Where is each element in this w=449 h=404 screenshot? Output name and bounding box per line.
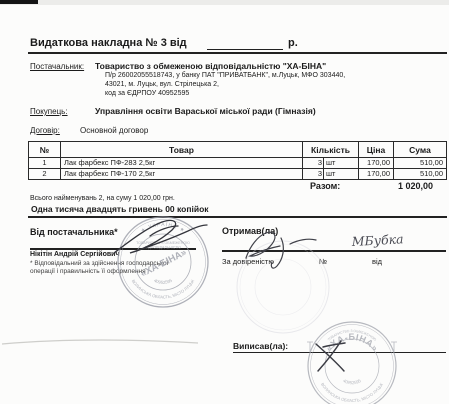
col-header-num: № [29,142,61,158]
document-title: Видаткова накладна № 3 від [30,37,187,49]
receiver-handwritten-name: МБубка [350,231,404,249]
summary-rule [28,216,447,218]
contract-label: Договір: [30,126,60,135]
stamp-region-arc: ВОЛИНСЬКА ОБЛАСТЬ, МІСТО ЛУЦЬК [320,381,384,403]
row-num: 1 [29,158,61,169]
row-unit: шт [324,169,359,180]
col-header-qty: Кількість [303,142,359,158]
row-sum: 510,00 [394,169,447,180]
svg-text:★ УКРАЇНА ★: ★ УКРАЇНА ★ [140,221,186,234]
row-product: Лак фарбекс ПФ-283 2,5кг [61,158,303,169]
svg-text:ВОЛИНСЬКА ОБЛАСТЬ, МІСТО ЛУЦЬК: ВОЛИНСЬКА ОБЛАСТЬ, МІСТО ЛУЦЬК [320,381,384,403]
footnote-line-1: * Відповідальний за здійснення господарс… [30,260,168,267]
issued-stamp-scrawl [316,341,345,371]
stamp-edrpou-arc: 40952595 [153,278,173,285]
svg-text:40952595: 40952595 [153,278,173,285]
stamp-orgform-line1: ТОВАРИСТВО З ОБМЕЖЕНОЮ [136,241,190,245]
stamp-region-arc: ВОЛИНСЬКА ОБЛАСТЬ, МІСТО ЛУЦЬК [131,278,196,299]
row-price: 170,00 [359,158,394,169]
supplier-name: Товариство з обмеженою відповідальністю … [95,61,326,71]
row-qty: 3 [303,169,324,180]
row-num: 2 [29,169,61,180]
title-year-suffix: р. [288,37,298,49]
amount-in-words: Одна тисяча двадцять гривень 00 копійок [31,204,209,214]
contract-value: Основной договор [80,126,148,135]
title-rule [28,52,447,54]
from-supplier-label: Від постачальника* [30,227,118,237]
stamp-country-arc: ★ УКРАЇНА ★ [140,221,186,234]
proxy-from-label: від [372,257,382,266]
svg-text:«ХА-БІНА»: «ХА-БІНА» [324,332,381,353]
stamp-company-name: «ХА-БІНА» [324,332,381,353]
issued-round-stamp: ТОВАРИСТВО З ОБМЕЖЕНОЮ «ХА-БІНА» 4095259… [307,322,397,404]
table-row: 1 Лак фарбекс ПФ-283 2,5кг 3 шт 170,00 5… [29,158,447,169]
col-header-product: Товар [61,142,303,158]
buyer-label: Покупець: [30,107,68,116]
row-product: Лак фарбекс ПФ-170 2,5кг [61,169,303,180]
supplier-address-line: 43021, м. Луцьк, вул. Стрілецька 2, [105,81,219,88]
supplier-bank-line: П/р 26002055518743, у банку ПАТ "ПРИВАТБ… [105,72,345,79]
row-price: 170,00 [359,169,394,180]
items-count-line: Всього найменувань 2, на суму 1 020,00 г… [30,195,175,202]
total-label: Разом: [310,181,340,191]
stamp-orgform-arc: ТОВАРИСТВО З ОБМЕЖЕНОЮ [327,329,378,342]
buyer-name: Управління освіти Вараської міської ради… [95,106,316,116]
svg-text:ВОЛИНСЬКА ОБЛАСТЬ, МІСТО ЛУЦЬК: ВОЛИНСЬКА ОБЛАСТЬ, МІСТО ЛУЦЬК [131,278,196,299]
footnote-line-2: операції і правильність її оформлення [30,268,146,275]
proxy-number-label: № [319,257,327,266]
scan-artifact-top-left [0,0,38,4]
pencil-line-artifact [2,340,198,344]
svg-text:ТОВАРИСТВО З ОБМЕЖЕНОЮ: ТОВАРИСТВО З ОБМЕЖЕНОЮ [327,329,378,342]
proxy-label: За довіреністю [222,257,274,266]
supplier-signature-line [30,248,196,250]
date-blank-line [207,38,283,50]
issued-by-line [233,352,446,353]
delivery-note-document: Видаткова накладна № 3 від р. Постачальн… [0,0,449,404]
row-unit: шт [324,158,359,169]
receiver-signature-line [222,250,446,252]
row-sum: 510,00 [394,158,447,169]
faint-receiver-stamp [237,241,329,333]
col-header-sum: Сума [394,142,447,158]
supplier-person-name: Нікітін Андрій Сергійович [30,251,120,258]
supplier-label: Постачальник: [30,62,84,71]
table-header-row: № Товар Кількість Ціна Сума [29,142,447,158]
svg-text:40952595: 40952595 [342,378,362,386]
issued-by-label: Виписав(ла): [233,341,288,351]
scan-edge-band [0,0,449,5]
supplier-edrpou-line: код за ЄДРПОУ 40952595 [105,90,189,97]
receiver-label: Отримав(ла) [222,226,278,236]
stamp-edrpou-arc: 40952595 [342,378,362,386]
goods-table: № Товар Кількість Ціна Сума 1 Лак фарбек… [28,141,447,180]
col-header-price: Ціна [359,142,394,158]
total-value: 1 020,00 [398,181,433,191]
row-qty: 3 [303,158,324,169]
table-row: 2 Лак фарбекс ПФ-170 2,5кг 3 шт 170,00 5… [29,169,447,180]
